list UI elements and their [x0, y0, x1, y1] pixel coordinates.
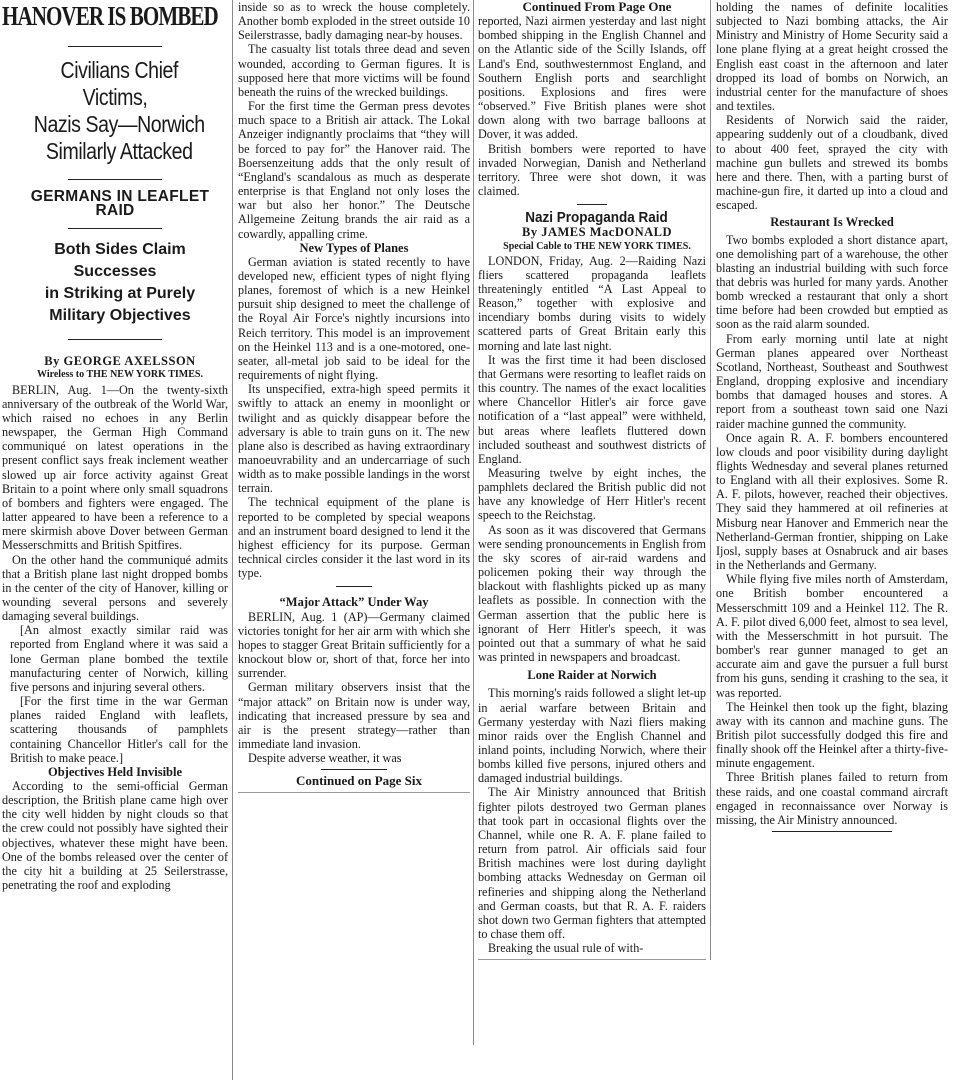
- section-headline: Nazi Propaganda Raid: [489, 211, 694, 225]
- subheadline-line: Similarly Attacked: [19, 138, 211, 165]
- paragraph: The technical equipment of the plane is …: [238, 495, 470, 580]
- paragraph: BERLIN, Aug. 1 (AP)—Germany claimed vict…: [238, 610, 470, 681]
- column-end-rule: [478, 959, 706, 960]
- paragraph: Measuring twelve by eight inches, the pa…: [478, 466, 706, 523]
- continued-on-page: Continued on Page Six: [238, 774, 470, 788]
- column-rule: [473, 0, 474, 1045]
- deck-line: Military Objectives: [2, 305, 228, 327]
- deck-line: Both Sides Claim Successes: [2, 239, 228, 283]
- paragraph: The Heinkel then took up the fight, blaz…: [716, 700, 948, 771]
- paragraph: [An almost exactly similar raid was repo…: [2, 623, 228, 694]
- headline-rule: [68, 339, 162, 340]
- headline-rule: [68, 46, 162, 47]
- paragraph: Its unspecified, extra-high speed permit…: [238, 382, 470, 495]
- deck-line: in Striking at Purely: [2, 283, 228, 305]
- headline-rule: [68, 179, 162, 180]
- article-column-4: holding the names of definite localities…: [716, 0, 948, 836]
- paragraph: inside so as to wreck the house complete…: [238, 0, 470, 42]
- paragraph: Breaking the usual rule of with-: [478, 941, 706, 955]
- paragraph: German military observers insist that th…: [238, 680, 470, 751]
- paragraph: Despite adverse weather, it was: [238, 751, 470, 765]
- section-subhead: Restaurant Is Wrecked: [716, 215, 948, 229]
- column-rule: [232, 0, 233, 1080]
- paragraph: German aviation is stated recently to ha…: [238, 255, 470, 382]
- paragraph: The Air Ministry announced that British …: [478, 785, 706, 941]
- subheadline-line: Nazis Say—Norwich: [19, 111, 211, 138]
- paragraph: British bombers were reported to have in…: [478, 142, 706, 199]
- paragraph: From early morning until late at night G…: [716, 332, 948, 431]
- section-subhead: “Major Attack” Under Way: [238, 595, 470, 609]
- article-column-3: Continued From Page One reported, Nazi a…: [478, 0, 706, 960]
- paragraph: According to the semi-official German de…: [2, 779, 228, 892]
- paragraph: It was the first time it had been disclo…: [478, 353, 706, 466]
- section-subhead: Objectives Held Invisible: [2, 765, 228, 779]
- section-subhead: New Types of Planes: [238, 241, 470, 255]
- section-subhead: Lone Raider at Norwich: [478, 668, 706, 682]
- byline: By GEORGE AXELSSON: [2, 354, 228, 368]
- column-end-rule: [772, 831, 892, 832]
- paragraph: reported, Nazi airmen yesterday and last…: [478, 14, 706, 141]
- section-rule: [577, 204, 607, 205]
- paragraph: Once again R. A. F. bombers encountered …: [716, 431, 948, 573]
- wire-credit: Special Cable to THE NEW YORK TIMES.: [478, 240, 706, 254]
- continued-from-page: Continued From Page One: [478, 0, 706, 14]
- main-headline: HANOVER IS BOMBED: [2, 0, 178, 32]
- subheadline-line: Civilians Chief Victims,: [19, 57, 211, 111]
- paragraph: Two bombs exploded a short distance apar…: [716, 233, 948, 332]
- paragraph: This morning's raids followed a slight l…: [478, 686, 706, 785]
- caps-headline: GERMANS IN LEAFLET RAID: [2, 190, 228, 218]
- headline-rule: [68, 228, 162, 229]
- article-column-1: HANOVER IS BOMBED Civilians Chief Victim…: [2, 0, 228, 892]
- column-rule: [710, 0, 711, 960]
- paragraph: holding the names of definite localities…: [716, 0, 948, 113]
- paragraph: As soon as it was discovered that German…: [478, 523, 706, 665]
- section-rule: [321, 769, 387, 770]
- paragraph: Three British planes failed to return fr…: [716, 770, 948, 827]
- section-rule: [336, 586, 372, 587]
- article-column-2: inside so as to wreck the house complete…: [238, 0, 470, 793]
- byline: By JAMES MacDONALD: [478, 225, 706, 239]
- column-end-rule: [238, 792, 470, 793]
- paragraph: While flying five miles north of Amsterd…: [716, 572, 948, 699]
- paragraph: For the first time the German press devo…: [238, 99, 470, 241]
- paragraph: On the other hand the communiqué admits …: [2, 553, 228, 624]
- paragraph: Residents of Norwich said the raider, ap…: [716, 113, 948, 212]
- wire-credit: Wireless to THE NEW YORK TIMES.: [2, 368, 228, 382]
- paragraph: BERLIN, Aug. 1—On the twenty-sixth anniv…: [2, 383, 228, 553]
- paragraph: [For the first time in the war German pl…: [2, 694, 228, 765]
- paragraph: The casualty list totals three dead and …: [238, 42, 470, 99]
- paragraph: LONDON, Friday, Aug. 2—Raiding Nazi flie…: [478, 254, 706, 353]
